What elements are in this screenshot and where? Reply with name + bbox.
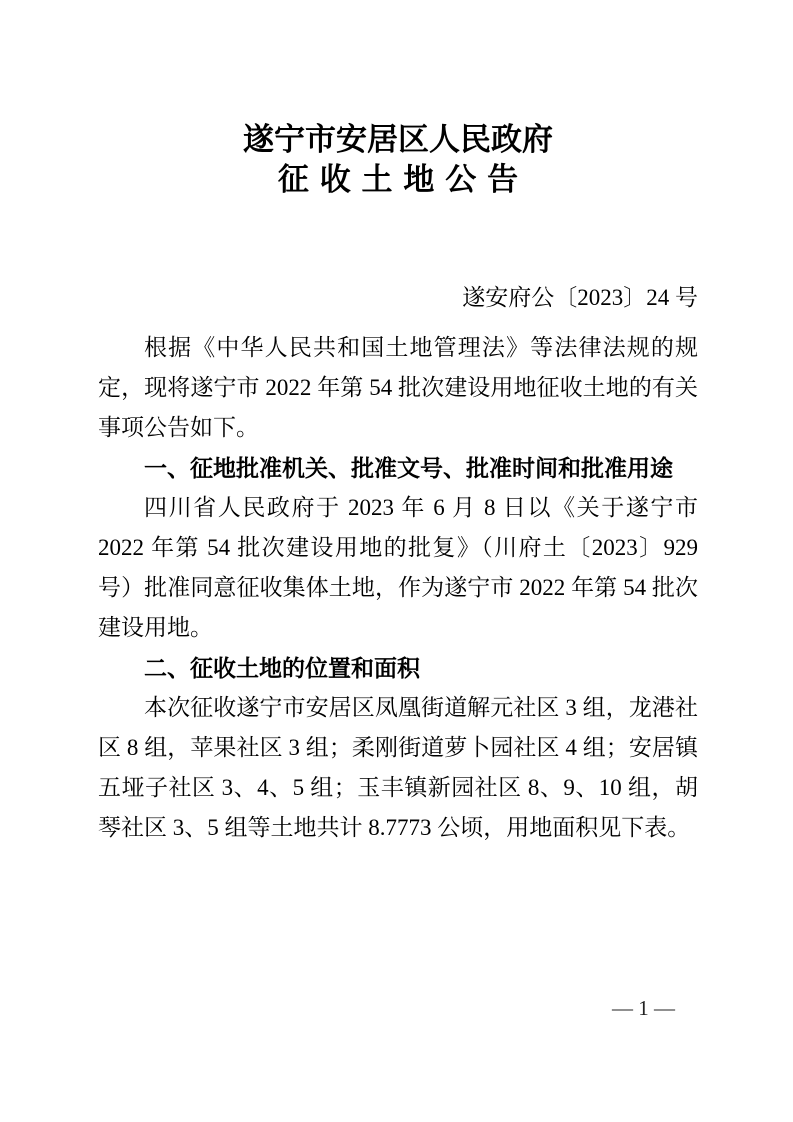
doc-number: 遂安府公〔2023〕24 号 — [98, 278, 698, 318]
document-body: 根据《中华人民共和国土地管理法》等法律法规的规定，现将遂宁市 2022 年第 5… — [98, 328, 698, 848]
document-title-line-2: 征收土地公告 — [98, 160, 698, 200]
section-2-body: 本次征收遂宁市安居区凤凰街道解元社区 3 组，龙港社区 8 组，苹果社区 3 组… — [98, 688, 698, 848]
section-1-heading: 一、征地批准机关、批准文号、批准时间和批准用途 — [98, 448, 698, 488]
section-1-body: 四川省人民政府于 2023 年 6 月 8 日以《关于遂宁市 2022 年第 5… — [98, 488, 698, 648]
document-content: 遂宁市安居区人民政府 征收土地公告 遂安府公〔2023〕24 号 根据《中华人民… — [98, 120, 698, 848]
document-page: 遂宁市安居区人民政府 征收土地公告 遂安府公〔2023〕24 号 根据《中华人民… — [0, 0, 793, 1122]
document-title-line-1: 遂宁市安居区人民政府 — [98, 120, 698, 160]
page-number: — 1 — — [612, 993, 675, 1023]
section-2-heading: 二、征收土地的位置和面积 — [98, 648, 698, 688]
intro-paragraph: 根据《中华人民共和国土地管理法》等法律法规的规定，现将遂宁市 2022 年第 5… — [98, 328, 698, 448]
